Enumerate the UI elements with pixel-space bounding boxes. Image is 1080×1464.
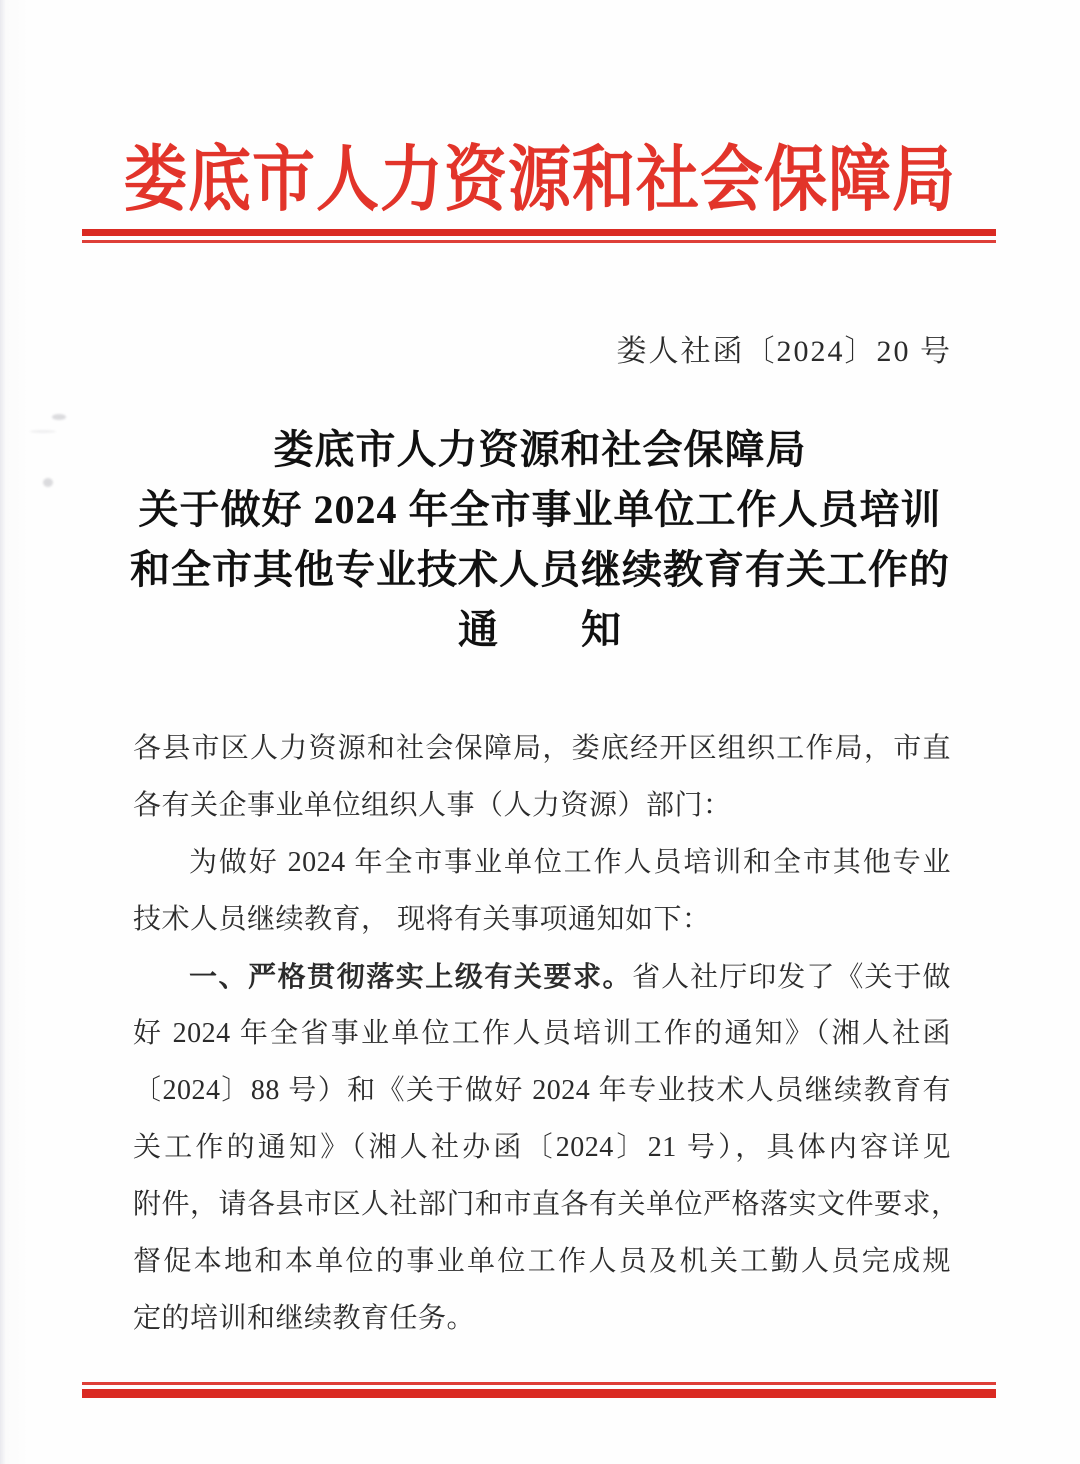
document-body: 各县市区人力资源和社会保障局，娄底经开区组织工作局，市直各有关企事业单位组织人事… [133,720,951,1347]
body-line-text: 各有关企事业单位组织人事（人力资源）部门： [133,790,732,821]
body-line-text: 为做好 2024 年全市事业单位工作人员培训和全市其他专业 [189,847,951,878]
body-line-heading: 一、严格贯彻落实上级有关要求。 [189,961,632,992]
body-line: 督促本地和本单位的事业单位工作人员及机关工勤人员完成规 [133,1233,951,1290]
body-line-text: 技术人员继续教育， 现将有关事项通知如下： [133,904,711,935]
body-line-text: 关工作的通知》（湘人社办函〔2024〕21 号），具体内容详见 [133,1132,951,1163]
body-line: 为做好 2024 年全市事业单位工作人员培训和全市其他专业 [133,834,951,891]
body-line: 定的培训和继续教育任务。 [133,1290,951,1347]
title-line: 和全市其他专业技术人员继续教育有关工作的 [0,540,1080,600]
body-line-text: 省人社厅印发了《关于做 [632,962,951,993]
body-line-text: 各县市区人力资源和社会保障局，娄底经开区组织工作局，市直 [133,733,951,764]
title-line: 关于做好 2024 年全市事业单位工作人员培训 [0,480,1080,540]
body-line: 各有关企事业单位组织人事（人力资源）部门： [133,777,951,834]
document-page: 娄底市人力资源和社会保障局 娄人社函〔2024〕20 号 娄底市人力资源和社会保… [0,0,1080,1464]
letterhead-title: 娄底市人力资源和社会保障局 [0,122,1080,226]
body-line: 附件，请各县市区人社部门和市直各有关单位严格落实文件要求， [133,1176,951,1233]
body-line: 关工作的通知》（湘人社办函〔2024〕21 号），具体内容详见 [133,1119,951,1176]
body-line: 一、严格贯彻落实上级有关要求。省人社厅印发了《关于做 [133,948,951,1005]
footer-divider [82,1382,996,1398]
title-line: 通 知 [0,600,1080,660]
document-title: 娄底市人力资源和社会保障局 关于做好 2024 年全市事业单位工作人员培训 和全… [0,420,1080,660]
body-line: 好 2024 年全省事业单位工作人员培训工作的通知》（湘人社函 [133,1005,951,1062]
document-number: 娄人社函〔2024〕20 号 [617,326,953,370]
divider-thin-line [82,240,996,243]
title-line: 娄底市人力资源和社会保障局 [0,420,1080,480]
divider-thick-line [82,229,996,236]
body-line: 技术人员继续教育， 现将有关事项通知如下： [133,891,951,948]
body-line-text: 督促本地和本单位的事业单位工作人员及机关工勤人员完成规 [133,1246,951,1277]
body-line: 各县市区人力资源和社会保障局，娄底经开区组织工作局，市直 [133,720,951,777]
body-line-text: 定的培训和继续教育任务。 [133,1303,475,1334]
body-line-text: 〔2024〕88 号）和《关于做好 2024 年专业技术人员继续教育有 [133,1075,951,1106]
body-line-text: 好 2024 年全省事业单位工作人员培训工作的通知》（湘人社函 [133,1018,951,1049]
divider-thick-line [82,1389,996,1398]
letterhead-divider [82,229,996,243]
divider-thin-line [82,1382,996,1385]
body-line-text: 附件，请各县市区人社部门和市直各有关单位严格落实文件要求， [133,1189,960,1220]
body-line: 〔2024〕88 号）和《关于做好 2024 年专业技术人员继续教育有 [133,1062,951,1119]
